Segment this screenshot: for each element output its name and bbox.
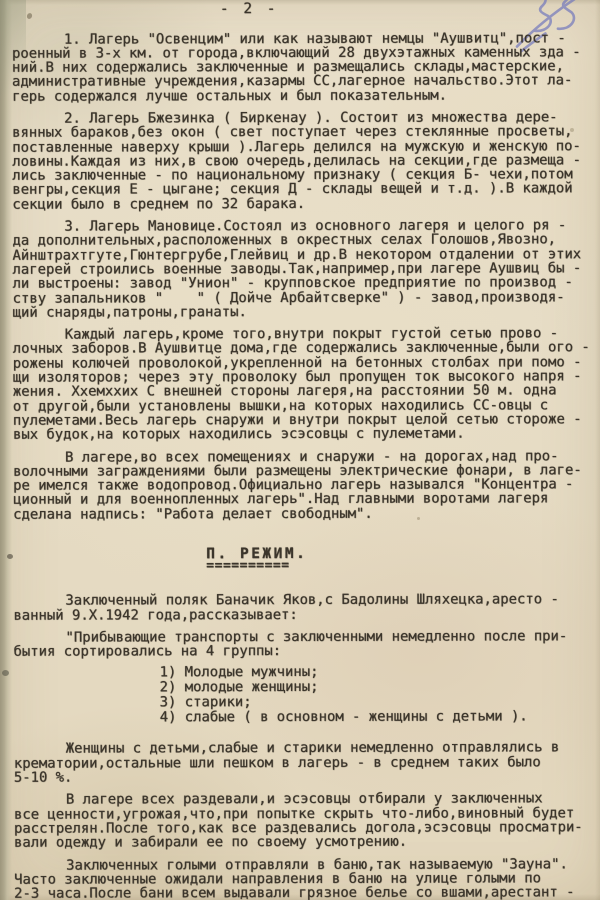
paragraph-sauna: Заключенных голыми отправляли в баню,так… (14, 857, 597, 900)
paragraph-camp-birkenau: 2. Лагерь Бжезинка ( Биркенау ). Состоит… (12, 110, 595, 212)
section-heading-underline: ========== (206, 561, 596, 571)
paragraph-lighting-gate: В лагере,во всех помещениях и снаружи - … (13, 449, 596, 522)
paragraph-transports: "Прибывающие транспорты с заключенными н… (13, 629, 596, 659)
paragraph-witness-intro: Заключенный поляк Баначик Яков,с Бадолин… (13, 593, 596, 623)
sorting-groups-list: 1) Молодые мужчины; 2) молодые женщины; … (160, 665, 597, 726)
section-heading-regime: П. РЕЖИМ. ========== (206, 546, 596, 570)
paper-stain (120, 862, 124, 865)
paper-stain (417, 517, 420, 520)
document-page: - 2 - 1. Лагерь "Освенцим" или как назыв… (0, 0, 600, 900)
paper-stain (7, 554, 13, 559)
paper-stain (570, 128, 574, 132)
paper-stain (2, 670, 9, 676)
paragraph-crematoria: Женщины с детьми,слабые и старики немедл… (14, 741, 597, 785)
scanned-document-photo: { "colors": { "paper": "#e5dbc5", "typew… (0, 0, 600, 900)
paragraph-camp-auschwitz: 1. Лагерь "Освенцим" или как называют не… (12, 31, 595, 104)
paragraph-undressing: В лагере всех раздевали,и эсэсовцы отбир… (14, 792, 597, 851)
document-content: - 2 - 1. Лагерь "Освенцим" или как назыв… (0, 0, 600, 900)
paragraph-wire-fences: Каждый лагерь,кроме того,внутри покрыт г… (13, 326, 596, 442)
paragraph-camp-monowice: 3. Лагерь Мановице.Состоял из основного … (12, 218, 595, 320)
page-number: - 2 - (220, 1, 595, 16)
